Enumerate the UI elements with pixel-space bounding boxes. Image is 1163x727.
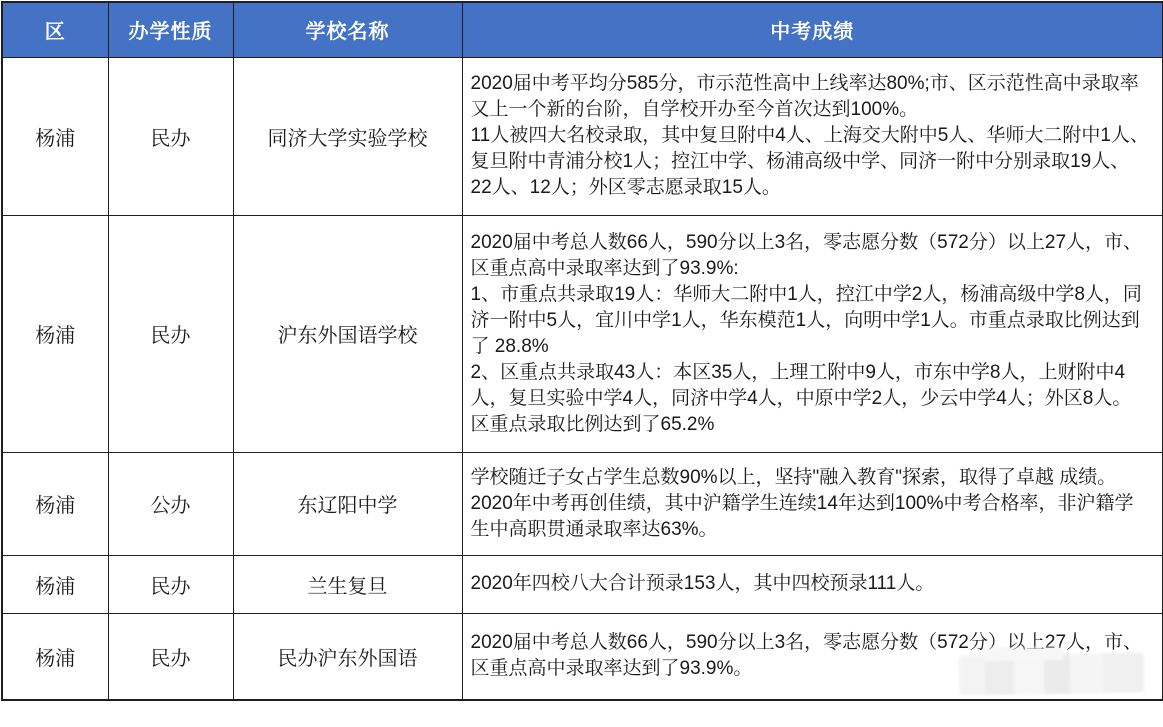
district-cell: 杨浦 — [2, 555, 108, 613]
header-district: 区 — [2, 2, 108, 57]
school-name-cell: 同济大学实验学校 — [233, 57, 462, 215]
exam-result-cell: 2020届中考平均分585分，市示范性高中上线率达80%;市、区示范性高中录取率… — [462, 57, 1163, 215]
table-row: 杨浦 民办 沪东外国语学校 2020届中考总人数66人，590分以上3名，零志愿… — [2, 215, 1163, 452]
district-cell: 杨浦 — [2, 613, 108, 700]
school-type-cell: 民办 — [108, 215, 233, 452]
school-name-cell: 沪东外国语学校 — [233, 215, 462, 452]
blurred-watermark — [959, 652, 1145, 695]
exam-result-cell: 学校随迁子女占学生总数90%以上，坚持"融入教育"探索，取得了卓越 成绩。 20… — [462, 452, 1163, 555]
exam-result-cell: 2020届中考总人数66人，590分以上3名，零志愿分数（572分）以上27人，… — [462, 613, 1163, 700]
exam-result-cell: 2020年四校八大合计预录153人，其中四校预录111人。 — [462, 555, 1163, 613]
school-type-cell: 民办 — [108, 613, 233, 700]
district-cell: 杨浦 — [2, 452, 108, 555]
district-cell: 杨浦 — [2, 215, 108, 452]
school-type-cell: 民办 — [108, 555, 233, 613]
school-name-cell: 东辽阳中学 — [233, 452, 462, 555]
header-school-name: 学校名称 — [233, 2, 462, 57]
school-type-cell: 公办 — [108, 452, 233, 555]
school-type-cell: 民办 — [108, 57, 233, 215]
school-name-cell: 兰生复旦 — [233, 555, 462, 613]
header-row: 区 办学性质 学校名称 中考成绩 — [2, 2, 1163, 57]
exam-result-cell: 2020届中考总人数66人，590分以上3名，零志愿分数（572分）以上27人，… — [462, 215, 1163, 452]
table-body: 杨浦 民办 同济大学实验学校 2020届中考平均分585分，市示范性高中上线率达… — [2, 57, 1163, 700]
header-school-type: 办学性质 — [108, 2, 233, 57]
table-row: 杨浦 民办 兰生复旦 2020年四校八大合计预录153人，其中四校预录111人。 — [2, 555, 1163, 613]
table-row: 杨浦 民办 民办沪东外国语 2020届中考总人数66人，590分以上3名，零志愿… — [2, 613, 1163, 700]
header-exam-results: 中考成绩 — [462, 2, 1163, 57]
district-cell: 杨浦 — [2, 57, 108, 215]
table-row: 杨浦 公办 东辽阳中学 学校随迁子女占学生总数90%以上，坚持"融入教育"探索，… — [2, 452, 1163, 555]
school-name-cell: 民办沪东外国语 — [233, 613, 462, 700]
table-header: 区 办学性质 学校名称 中考成绩 — [2, 2, 1163, 57]
school-results-table: 区 办学性质 学校名称 中考成绩 杨浦 民办 同济大学实验学校 2020届中考平… — [1, 1, 1163, 701]
table-row: 杨浦 民办 同济大学实验学校 2020届中考平均分585分，市示范性高中上线率达… — [2, 57, 1163, 215]
